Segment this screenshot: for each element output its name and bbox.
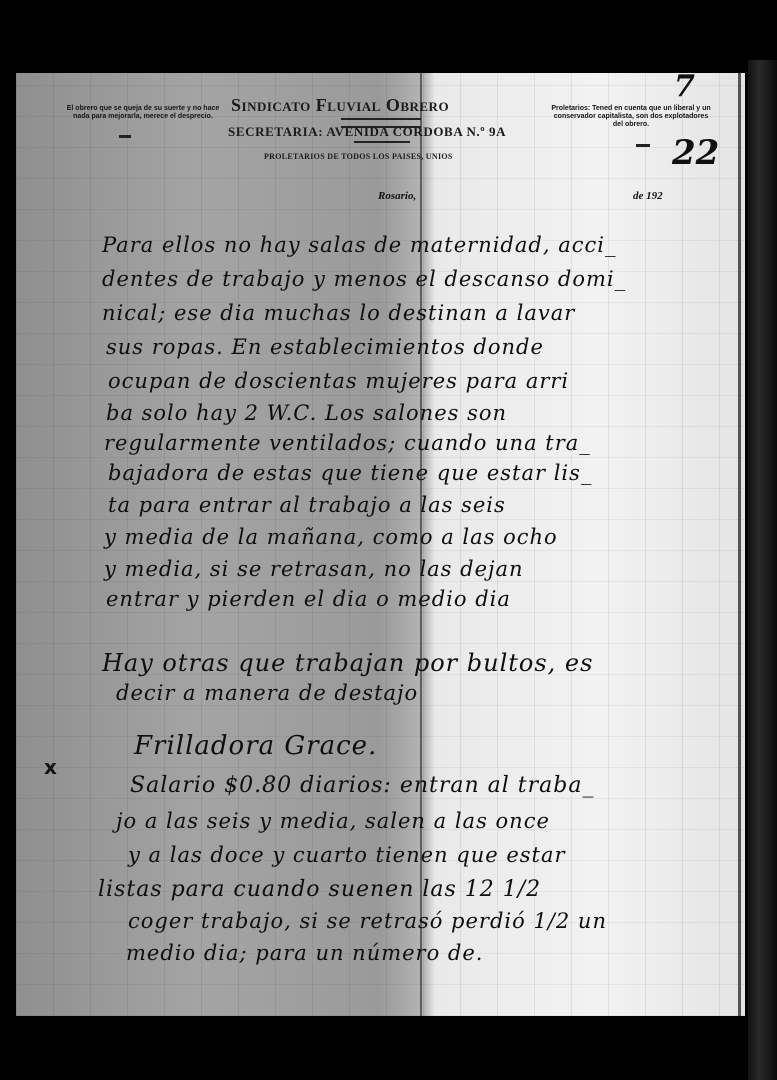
document-page: El obrero que se queja de su suerte y no… bbox=[16, 73, 745, 1016]
folio-number-bottom: 22 bbox=[672, 133, 719, 173]
motto-left-divider bbox=[119, 135, 131, 138]
letterhead-slogan: PROLETARIOS DE TODOS LOS PAISES, UNIOS bbox=[264, 152, 453, 161]
handwritten-line: jo a las seis y media, salen a las once bbox=[116, 809, 550, 833]
handwritten-line: ta para entrar al trabajo a las seis bbox=[108, 493, 506, 517]
handwritten-line: bajadora de estas que tiene que estar li… bbox=[108, 461, 592, 485]
margin-mark: x bbox=[44, 755, 57, 779]
letterhead-organization: Sindicato Fluvial Obrero bbox=[231, 95, 449, 116]
handwritten-heading: Frilladora Grace. bbox=[134, 731, 377, 761]
letterhead-motto-left: El obrero que se queja de su suerte y no… bbox=[58, 105, 228, 121]
handwritten-line: y a las doce y cuarto tienen que estar bbox=[128, 843, 566, 867]
handwritten-line: dentes de trabajo y menos el descanso do… bbox=[102, 267, 626, 291]
handwritten-line: medio dia; para un número de. bbox=[126, 941, 483, 965]
handwritten-line: regularmente ventilados; cuando una tra_ bbox=[104, 431, 591, 455]
handwritten-line: entrar y pierden el dia o medio dia bbox=[106, 587, 511, 611]
year-label: de 192 bbox=[633, 190, 663, 202]
handwritten-line: decir a manera de destajo bbox=[116, 681, 418, 705]
handwritten-line: Hay otras que trabajan por bultos, es bbox=[102, 649, 593, 677]
letterhead-address: SECRETARIA: AVENIDA CORDOBA N.º 9A bbox=[228, 124, 506, 140]
scan-background-edge bbox=[748, 60, 777, 1080]
handwritten-line: y media, si se retrasan, no las dejan bbox=[104, 557, 524, 581]
place-label: Rosario, bbox=[378, 190, 416, 202]
handwritten-line: y media de la mañana, como a las ocho bbox=[104, 525, 558, 549]
motto-right-divider bbox=[636, 144, 650, 147]
handwritten-line: nical; ese dia muchas lo destinan a lava… bbox=[102, 301, 575, 325]
letterhead-motto-right: Proletarios: Tened en cuenta que un libe… bbox=[551, 105, 711, 129]
handwritten-line: coger trabajo, si se retrasó perdió 1/2 … bbox=[128, 909, 607, 933]
address-rule bbox=[354, 141, 410, 143]
handwritten-line: listas para cuando suenen las 12 1/2 bbox=[98, 877, 541, 902]
handwritten-line: Para ellos no hay salas de maternidad, a… bbox=[102, 233, 616, 257]
handwritten-line: Salario $0.80 diarios: entran al traba_ bbox=[130, 773, 594, 798]
handwritten-line: ocupan de doscientas mujeres para arri bbox=[108, 369, 569, 393]
folio-number-top: 7 bbox=[674, 73, 695, 104]
handwritten-line: sus ropas. En establecimientos donde bbox=[106, 335, 544, 359]
page-right-margin-rule bbox=[738, 73, 741, 1016]
handwritten-line: ba solo hay 2 W.C. Los salones son bbox=[106, 401, 507, 425]
